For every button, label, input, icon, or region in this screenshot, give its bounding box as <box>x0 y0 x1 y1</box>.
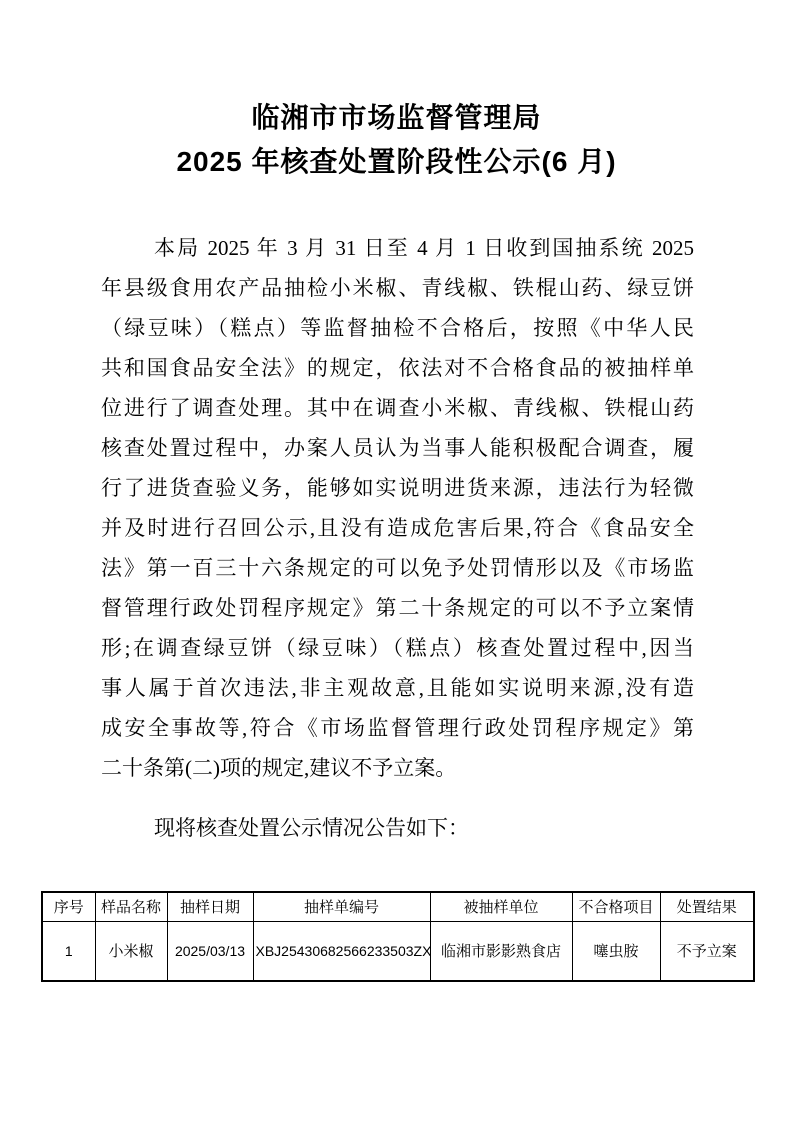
header-serial-number: 序号 <box>42 892 95 921</box>
body-line-1: 本局 2025 年 3 月 31 日至 4 月 1 日收到国抽系统 2025 <box>101 228 694 268</box>
body-line-5: 位进行了调查处理。其中在调查小米椒、青线椒、铁棍山药 <box>101 388 694 428</box>
body-line-12: 事人属于首次违法,非主观故意,且能如实说明来源,没有造 <box>101 668 694 708</box>
body-line-8: 并及时进行召回公示,且没有造成危害后果,符合《食品安全 <box>101 508 694 548</box>
document-page: 临湘市市场监督管理局 2025 年核查处置阶段性公示(6 月) 本局 2025 … <box>0 0 793 1122</box>
inspection-results-table: 序号 样品名称 抽样日期 抽样单编号 被抽样单位 不合格项目 处置结果 1 小米… <box>41 891 755 982</box>
cell-sample-code: XBJ25430682566233503ZX <box>253 921 430 981</box>
table-header-row: 序号 样品名称 抽样日期 抽样单编号 被抽样单位 不合格项目 处置结果 <box>42 892 754 921</box>
cell-failed-item: 噻虫胺 <box>572 921 660 981</box>
body-line-3: （绿豆味）（糕点）等监督抽检不合格后，按照《中华人民 <box>101 308 694 348</box>
cell-disposal-result: 不予立案 <box>660 921 754 981</box>
header-sample-name: 样品名称 <box>95 892 167 921</box>
cell-sample-name: 小米椒 <box>95 921 167 981</box>
body-line-4: 共和国食品安全法》的规定，依法对不合格食品的被抽样单 <box>101 348 694 388</box>
body-closing-line: 现将核查处置公示情况公告如下： <box>101 808 694 848</box>
header-sample-code: 抽样单编号 <box>253 892 430 921</box>
document-header: 临湘市市场监督管理局 2025 年核查处置阶段性公示(6 月) <box>0 0 793 184</box>
cell-sample-date: 2025/03/13 <box>167 921 253 981</box>
body-line-6: 核查处置过程中，办案人员认为当事人能积极配合调查，履 <box>101 428 694 468</box>
body-line-9: 法》第一百三十六条规定的可以免予处罚情形以及《市场监 <box>101 548 694 588</box>
header-disposal-result: 处置结果 <box>660 892 754 921</box>
cell-serial-number: 1 <box>42 921 95 981</box>
body-line-10: 督管理行政处罚程序规定》第二十条规定的可以不予立案情 <box>101 588 694 628</box>
header-sample-date: 抽样日期 <box>167 892 253 921</box>
body-line-11: 形;在调查绿豆饼（绿豆味）（糕点）核查处置过程中,因当 <box>101 628 694 668</box>
table-row: 1 小米椒 2025/03/13 XBJ25430682566233503ZX … <box>42 921 754 981</box>
body-line-2: 年县级食用农产品抽检小米椒、青线椒、铁棍山药、绿豆饼 <box>101 268 694 308</box>
header-failed-item: 不合格项目 <box>572 892 660 921</box>
body-line-14: 二十条第(二)项的规定,建议不予立案。 <box>101 748 694 788</box>
body-line-13: 成安全事故等,符合《市场监督管理行政处罚程序规定》第 <box>101 708 694 748</box>
body-line-7: 行了进货查验义务，能够如实说明进货来源，违法行为轻微 <box>101 468 694 508</box>
header-sampled-unit: 被抽样单位 <box>430 892 572 921</box>
document-title-line1: 临湘市市场监督管理局 <box>0 96 793 140</box>
document-body: 本局 2025 年 3 月 31 日至 4 月 1 日收到国抽系统 2025 年… <box>101 228 694 848</box>
document-title-line2: 2025 年核查处置阶段性公示(6 月) <box>0 140 793 184</box>
cell-sampled-unit: 临湘市影影熟食店 <box>430 921 572 981</box>
